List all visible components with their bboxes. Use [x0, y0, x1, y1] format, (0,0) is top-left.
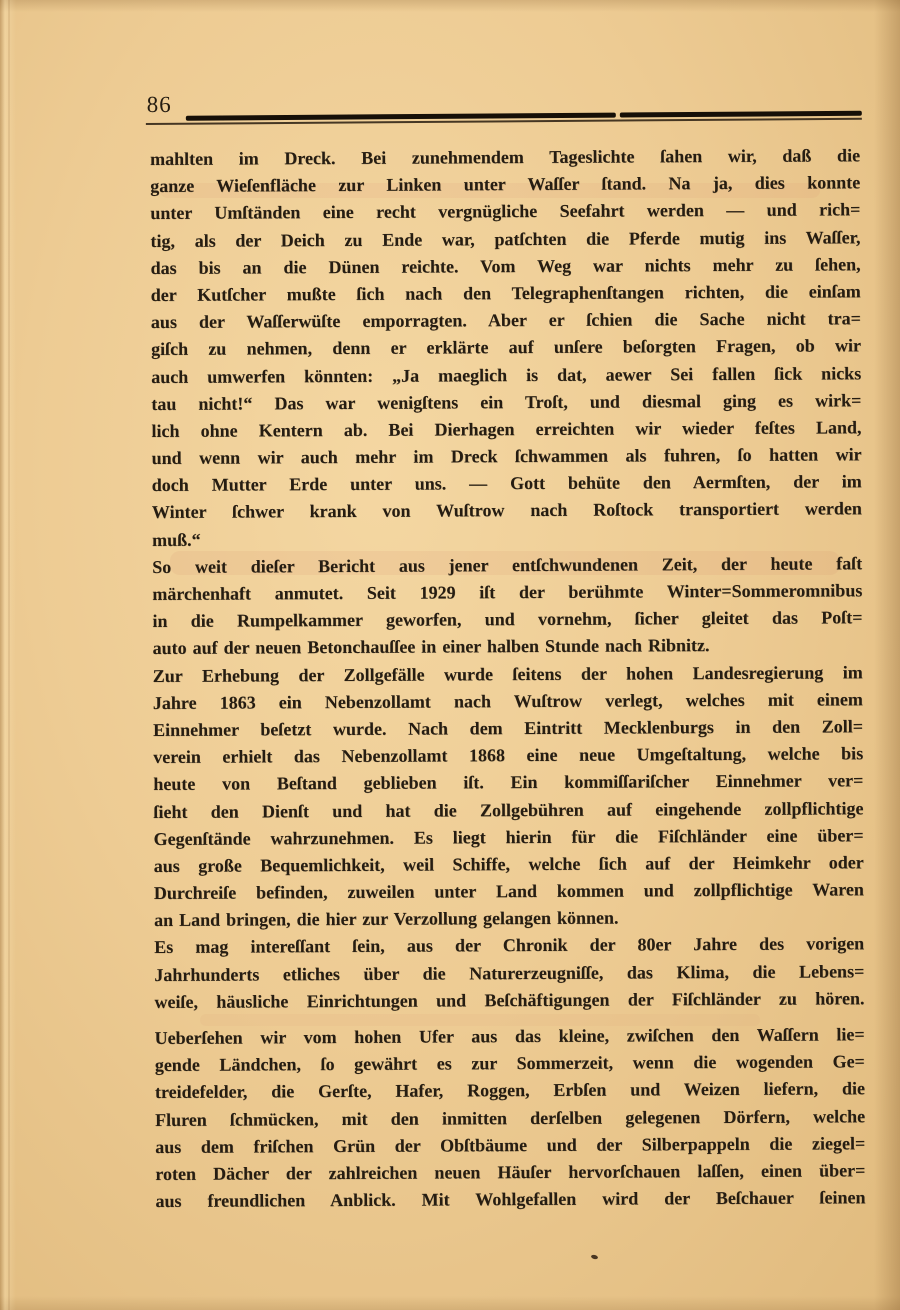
text-block: mahlten im Dreck. Bei zunehmendem Tagesl…: [150, 142, 866, 1215]
text-line: weiſe, häusliche Einrichtungen und Beſch…: [154, 985, 864, 1016]
text-line: Einnehmer beſetzt wurde. Nach dem Eintri…: [153, 713, 863, 744]
paragraph: Es mag intereſſant ſein, aus der Chronik…: [154, 931, 864, 1016]
text-line: märchenhaft anmutet. Seit 1929 iſt der b…: [152, 577, 862, 608]
text-line: Jahre 1863 ein Nebenzollamt nach Wuſtrow…: [153, 686, 863, 717]
paragraph: mahlten im Dreck. Bei zunehmendem Tagesl…: [150, 142, 862, 554]
text-line: verein erhielt das Nebenzollamt 1868 ein…: [153, 740, 863, 771]
page-content: 86 mahlten im Dreck. Bei zunehmendem Tag…: [0, 0, 900, 1310]
text-line: ſieht den Dienſt und hat die Zollgebühre…: [153, 795, 863, 826]
text-line: Winter ſchwer krank von Wuſtrow nach Roſ…: [152, 496, 862, 527]
text-line: lich ohne Kentern ab. Bei Dierhagen erre…: [151, 414, 861, 445]
text-line: aus der Waſſerwüſte emporragten. Aber er…: [151, 305, 861, 336]
text-line: doch Mutter Erde unter uns. — Gott behüt…: [152, 469, 862, 500]
text-line: und wenn wir auch mehr im Dreck ſchwamme…: [152, 441, 862, 472]
text-line: auch umwerfen könnten: „Ja maeglich is d…: [151, 360, 861, 391]
paragraph: So weit dieſer Bericht aus jener entſchw…: [152, 550, 863, 662]
text-line: giſch zu nehmen, denn er erklärte auf un…: [151, 333, 861, 364]
text-line: unter Umſtänden eine recht vergnügliche …: [150, 197, 860, 228]
text-line: Fluren ſchmücken, mit den inmitten derſe…: [155, 1103, 865, 1134]
text-line: Zur Erhebung der Zollgefälle wurde ſeite…: [153, 659, 863, 690]
text-line: Jahrhunderts etliches über die Naturerze…: [154, 958, 864, 989]
paragraph: Ueberſehen wir vom hohen Ufer aus das kl…: [155, 1021, 866, 1215]
text-line: der Kutſcher mußte ſich nach den Telegra…: [151, 278, 861, 309]
text-line: mahlten im Dreck. Bei zunehmendem Tagesl…: [150, 142, 860, 173]
text-line: tau nicht!“ Das war wenigſtens ein Troſt…: [151, 387, 861, 418]
text-line: muß.“: [152, 523, 862, 554]
text-line: Es mag intereſſant ſein, aus der Chronik…: [154, 931, 864, 962]
text-line: heute von Beſtand geblieben iſt. Ein kom…: [153, 768, 863, 799]
text-line: aus freundlichen Anblick. Mit Wohlgefall…: [155, 1184, 865, 1215]
header-rule: [146, 110, 862, 127]
text-line: das bis an die Dünen reichte. Vom Weg wa…: [151, 251, 861, 282]
text-line: Gegenſtände wahrzunehmen. Es liegt hieri…: [154, 822, 864, 853]
book-page-scan: 86 mahlten im Dreck. Bei zunehmendem Tag…: [0, 0, 900, 1310]
paragraph: Zur Erhebung der Zollgefälle wurde ſeite…: [153, 659, 864, 935]
text-line: So weit dieſer Bericht aus jener entſchw…: [152, 550, 862, 581]
text-line: roten Dächer der zahlreichen neuen Häuſe…: [155, 1157, 865, 1188]
text-line: an Land bringen, die hier zur Verzollung…: [154, 904, 864, 935]
text-line: treidefelder, die Gerſte, Hafer, Roggen,…: [155, 1076, 865, 1107]
text-line: aus dem friſchen Grün der Obſtbäume und …: [155, 1130, 865, 1161]
text-line: tig, als der Deich zu Ende war, patſchte…: [150, 224, 860, 255]
text-line: in die Rumpelkammer geworfen, und vorneh…: [152, 604, 862, 635]
text-line: auto auf der neuen Betonchauſſee in eine…: [153, 632, 863, 663]
text-line: aus große Bequemlichkeit, weil Schiffe, …: [154, 849, 864, 880]
text-line: ganze Wieſenfläche zur Linken unter Waſſ…: [150, 169, 860, 200]
text-line: Durchreiſe befinden, zuweilen unter Land…: [154, 876, 864, 907]
text-line: Ueberſehen wir vom hohen Ufer aus das kl…: [155, 1021, 865, 1052]
text-line: gende Ländchen, ſo gewährt es zur Sommer…: [155, 1048, 865, 1079]
header-rule-thick-right: [620, 110, 862, 117]
